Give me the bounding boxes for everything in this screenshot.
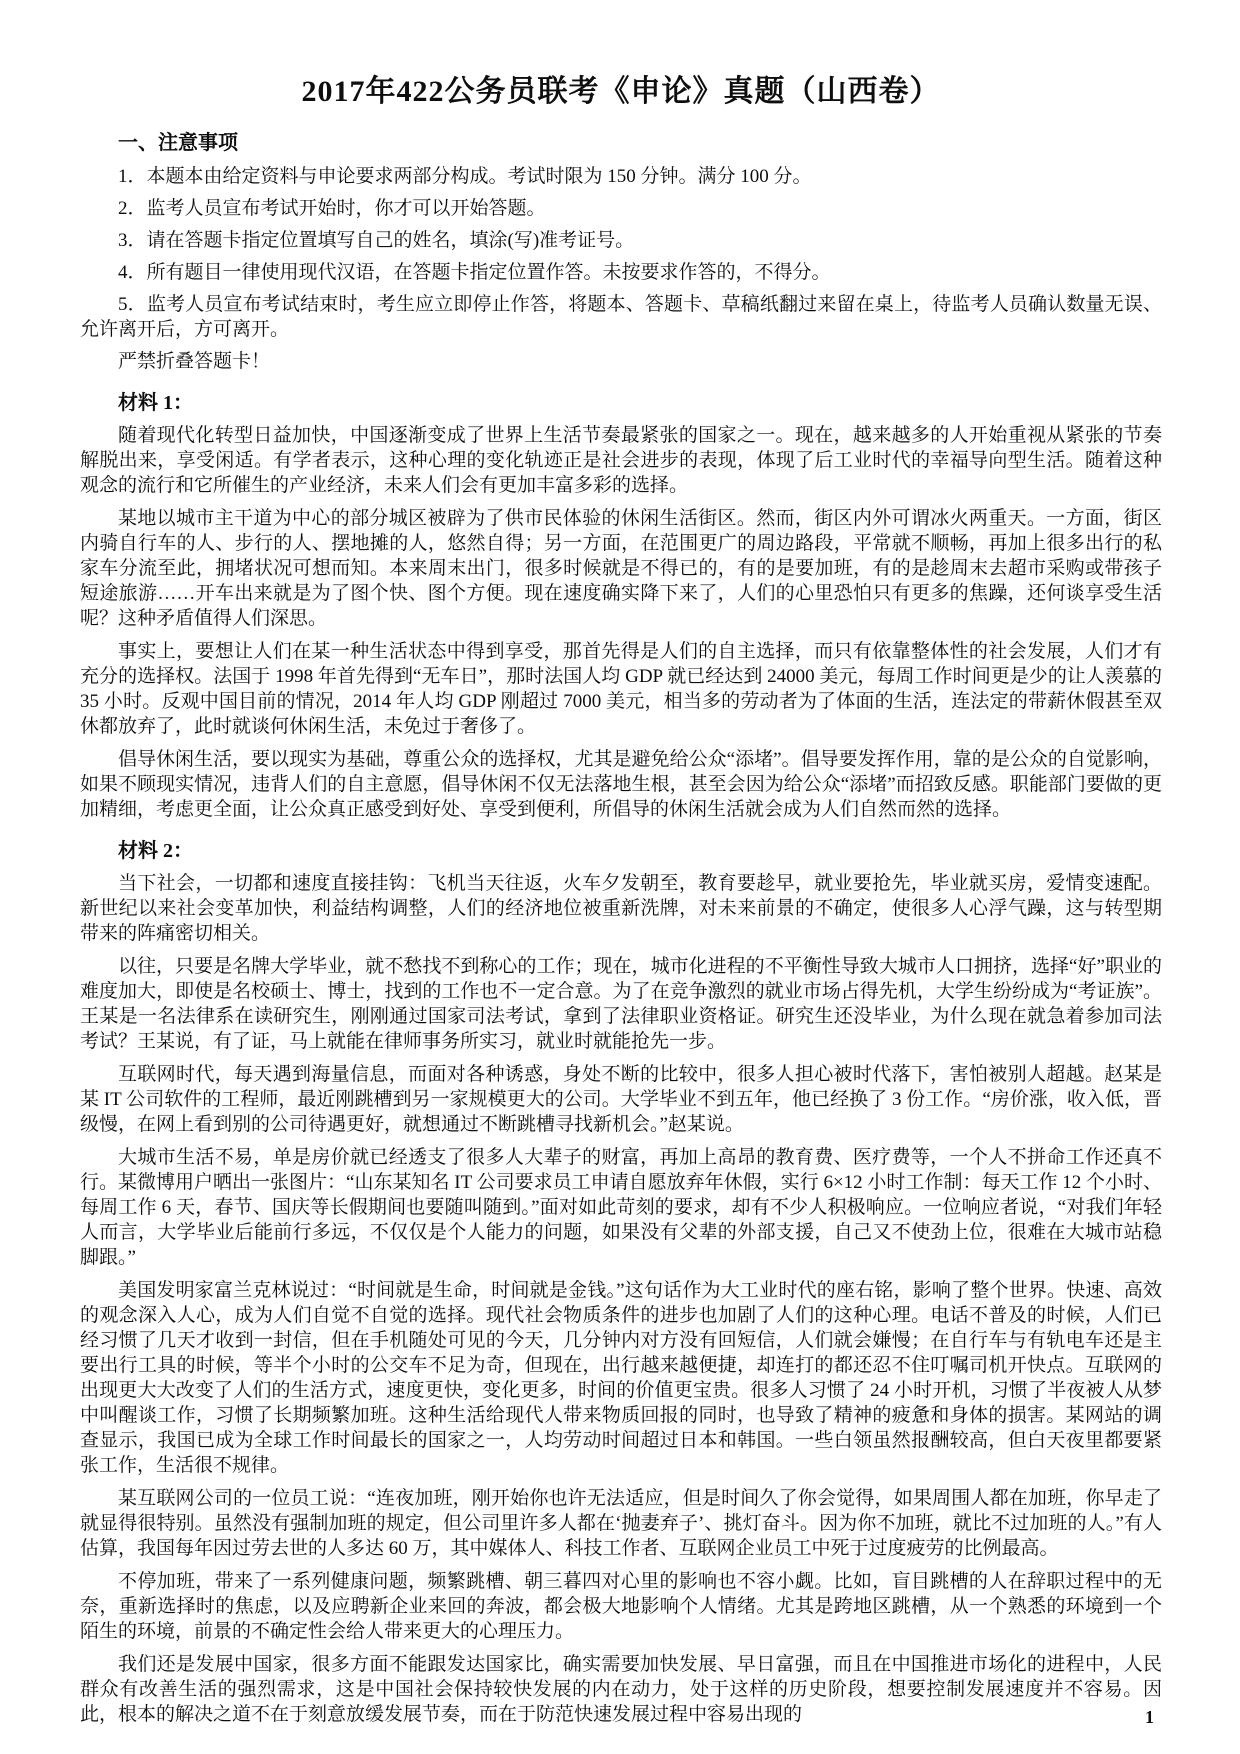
notice-item: 3．请在答题卡指定位置填写自己的姓名，填涂(写)准考证号。 [80, 228, 1162, 253]
material-2-section: 材料 2： 当下社会，一切都和速度直接挂钩：飞机当天往返，火车夕发朝至，教育要趁… [80, 834, 1162, 1727]
material-1-heading: 材料 1： [80, 386, 1162, 415]
notice-section: 一、注意事项 1．本题本由给定资料与申论要求两部分构成。考试时限为 150 分钟… [80, 126, 1162, 374]
notice-warning: 严禁折叠答题卡！ [80, 349, 1162, 374]
material-1-paragraph: 倡导休闲生活，要以现实为基础，尊重公众的选择权，尤其是避免给公众“添堵”。倡导要… [80, 747, 1162, 822]
material-1-paragraph: 某地以城市主干道为中心的部分城区被辟为了供市民体验的休闲生活街区。然而，街区内外… [80, 506, 1162, 631]
material-1-paragraph: 随着现代化转型日益加快，中国逐渐变成了世界上生活节奏最紧张的国家之一。现在，越来… [80, 423, 1162, 498]
material-2-paragraph: 当下社会，一切都和速度直接挂钩：飞机当天往返，火车夕发朝至，教育要趁早，就业要抢… [80, 871, 1162, 946]
material-2-paragraph: 大城市生活不易，单是房价就已经透支了很多人大辈子的财富，再加上高昂的教育费、医疗… [80, 1145, 1162, 1270]
page-number: 1 [1145, 1707, 1154, 1728]
material-2-paragraph: 不停加班，带来了一系列健康问题，频繁跳槽、朝三暮四对心里的影响也不容小觑。比如，… [80, 1569, 1162, 1644]
notice-item: 2．监考人员宣布考试开始时，你才可以开始答题。 [80, 196, 1162, 221]
notice-item: 5．监考人员宣布考试结束时，考生应立即停止作答，将题本、答题卡、草稿纸翻过来留在… [80, 292, 1162, 342]
notice-heading: 一、注意事项 [80, 126, 1162, 155]
material-2-paragraph: 以往，只要是名牌大学毕业，就不愁找不到称心的工作；现在，城市化进程的不平衡性导致… [80, 954, 1162, 1054]
material-2-paragraph: 美国发明家富兰克林说过：“时间就是生命，时间就是金钱。”这句话作为大工业时代的座… [80, 1278, 1162, 1478]
material-2-heading: 材料 2： [80, 834, 1162, 863]
material-2-paragraph: 互联网时代，每天遇到海量信息，而面对各种诱惑，身处不断的比较中，很多人担心被时代… [80, 1062, 1162, 1137]
document-page: 2017年422公务员联考《申论》真题（山西卷） 一、注意事项 1．本题本由给定… [0, 0, 1240, 1754]
page-title: 2017年422公务员联考《申论》真题（山西卷） [80, 66, 1162, 110]
notice-item: 4．所有题目一律使用现代汉语，在答题卡指定位置作答。未按要求作答的，不得分。 [80, 260, 1162, 285]
notice-item: 1．本题本由给定资料与申论要求两部分构成。考试时限为 150 分钟。满分 100… [80, 164, 1162, 189]
material-1-paragraph: 事实上，要想让人们在某一种生活状态中得到享受，那首先得是人们的自主选择，而只有依… [80, 639, 1162, 739]
material-2-paragraph: 某互联网公司的一位员工说：“连夜加班，刚开始你也许无法适应，但是时间久了你会觉得… [80, 1486, 1162, 1561]
material-1-section: 材料 1： 随着现代化转型日益加快，中国逐渐变成了世界上生活节奏最紧张的国家之一… [80, 386, 1162, 822]
material-2-paragraph: 我们还是发展中国家，很多方面不能跟发达国家比，确实需要加快发展、早日富强，而且在… [80, 1652, 1162, 1727]
